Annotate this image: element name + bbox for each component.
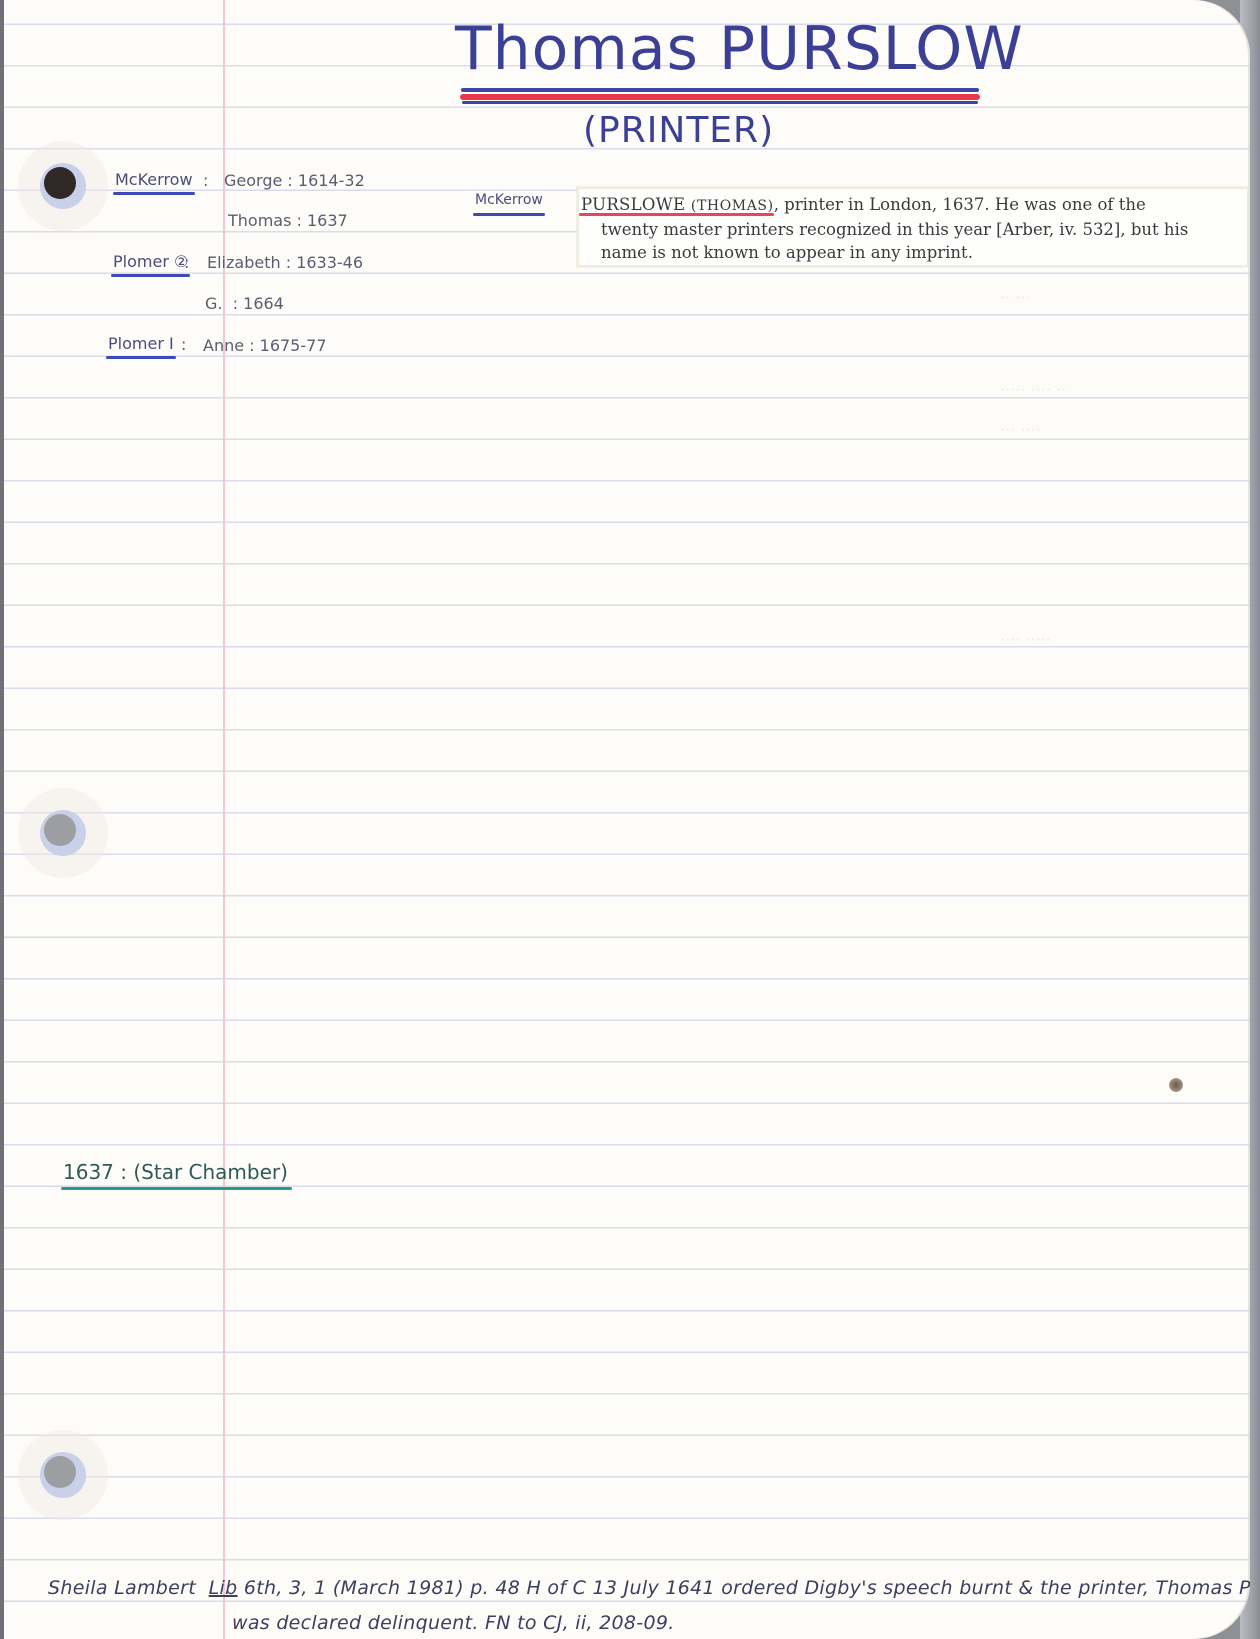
source-entry: G. : 1664 xyxy=(205,294,284,313)
title-underline-red xyxy=(460,94,980,100)
title-underline-blue-bottom xyxy=(462,101,978,104)
source-separator: : xyxy=(181,335,186,354)
source-entry: Anne : 1675-77 xyxy=(203,336,327,355)
source-label-plomer-ii: Plomer ② xyxy=(113,252,188,271)
page-subtitle: (PRINTER) xyxy=(583,110,774,151)
margin-line xyxy=(223,0,225,1639)
source-entry: George : 1614-32 xyxy=(224,171,365,190)
source-label-mckerrow: McKerrow xyxy=(115,170,193,189)
punch-hole-top xyxy=(40,163,86,209)
source-separator: : xyxy=(184,253,189,272)
show-through-text: ·· ··· xyxy=(1000,288,1031,307)
source-entry: Thomas : 1637 xyxy=(228,211,348,230)
clipping-headword: PURSLOWE (THOMAS) xyxy=(581,195,774,214)
star-chamber-note: 1637 : (Star Chamber) xyxy=(63,1160,288,1184)
source-label-plomer-i: Plomer I xyxy=(108,334,174,353)
pasted-clipping: PURSLOWE (THOMAS), printer in London, 16… xyxy=(578,188,1248,266)
punch-hole-bottom xyxy=(40,1452,86,1498)
page-left-edge xyxy=(0,0,4,1639)
source-entry: Elizabeth : 1633-46 xyxy=(207,253,363,272)
show-through-text: ··· ···· xyxy=(1000,420,1041,439)
footnote-line-1: Sheila Lambert Lib 6th, 3, 1 (March 1981… xyxy=(48,1577,1250,1599)
title-underline-blue-top xyxy=(461,88,979,92)
page-title: Thomas PURSLOW xyxy=(455,14,1024,84)
clipping-source-label: McKerrow xyxy=(475,192,543,208)
source-separator: : xyxy=(203,171,208,190)
notebook-page: Thomas PURSLOW (PRINTER) McKerrow : Geor… xyxy=(0,0,1250,1639)
punch-hole-middle xyxy=(40,810,86,856)
show-through-text: ···· ····· xyxy=(1000,630,1051,649)
clipping-text: PURSLOWE (THOMAS), printer in London, 16… xyxy=(581,193,1237,264)
footnote-line-2: was declared delinquent. FN to CJ, ii, 2… xyxy=(232,1612,675,1634)
show-through-text: ····· ···· ·· xyxy=(1000,380,1066,399)
ink-spot xyxy=(1169,1078,1183,1092)
